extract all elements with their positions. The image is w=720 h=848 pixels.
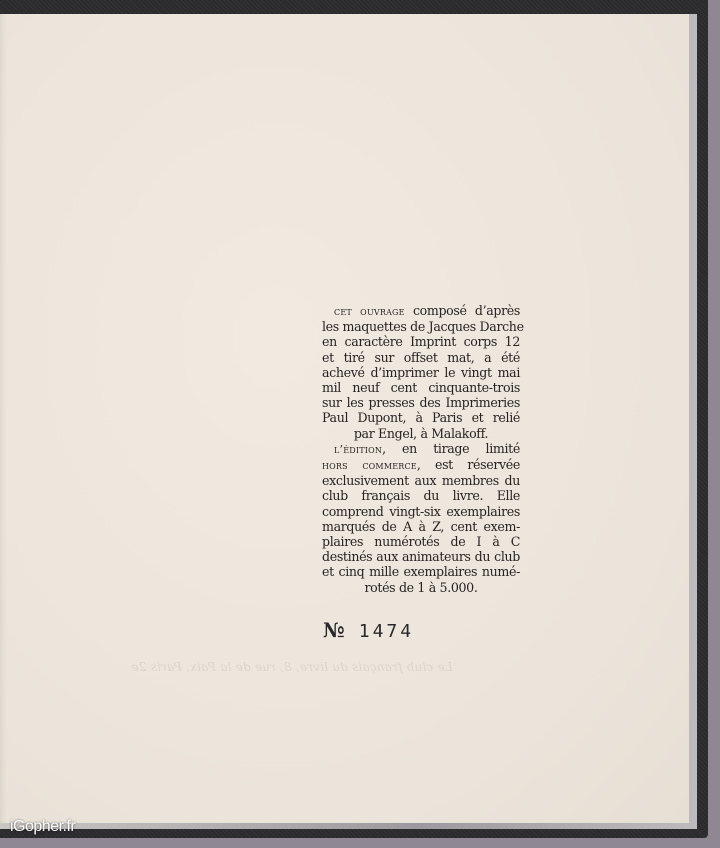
colophon-line: comprend vingt-six exemplaires (322, 504, 520, 519)
copy-number: №1474 (323, 618, 414, 642)
numero-sign: № (323, 618, 345, 642)
colophon-line: HORS COMMERCE, est réservée (322, 457, 520, 473)
colophon-line: plaires numérotés de I à C (322, 534, 520, 549)
colophon-line: mil neuf cent cinquante-trois (322, 380, 520, 395)
colophon-line: club français du livre. Elle (322, 488, 520, 503)
colophon-text: CET OUVRAGE composé d’après les maquette… (322, 303, 520, 595)
colophon-line: achevé d’imprimer le vingt mai (322, 365, 520, 380)
colophon-line: sur les presses des Imprimeries (322, 395, 520, 410)
colophon-line: L’ÉDITION, en tirage limité (322, 441, 520, 457)
colophon-line: les maquettes de Jacques Darche (322, 319, 520, 334)
colophon-line: et tiré sur offset mat, a été (322, 350, 520, 365)
colophon-line: CET OUVRAGE composé d’après (322, 303, 520, 319)
colophon-line: rotés de 1 à 5.000. (322, 580, 520, 595)
show-through-text: Le club français du livre, 8, rue de la … (122, 660, 462, 674)
colophon-line: exclusivement aux membres du (322, 473, 520, 488)
colophon-line: destinés aux animateurs du club (322, 549, 520, 564)
colophon-line: et cinq mille exemplaires numé- (322, 564, 520, 579)
colophon-line: marqués de A à Z, cent exem- (322, 519, 520, 534)
colophon-line: Paul Dupont, à Paris et relié (322, 410, 520, 425)
colophon-line: en caractère Imprint corps 12 (322, 334, 520, 349)
watermark: iGopher.fr (10, 818, 75, 836)
copy-number-value: 1474 (359, 621, 414, 642)
colophon-line: par Engel, à Malakoff. (322, 426, 520, 441)
